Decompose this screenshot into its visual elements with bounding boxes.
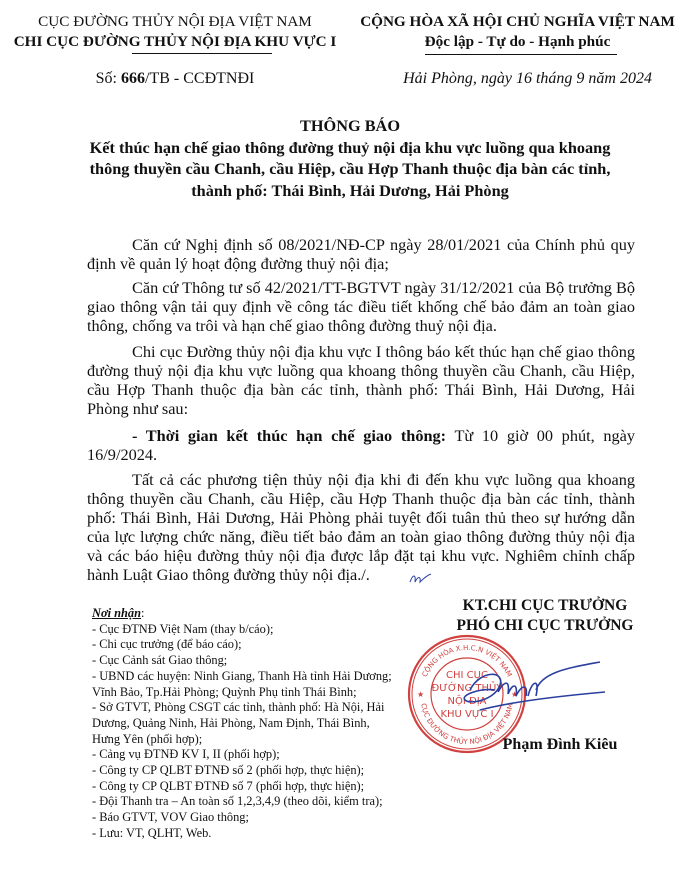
recipients-list: Nơi nhận: - Cục ĐTNĐ Việt Nam (thay b/cá… xyxy=(92,606,392,842)
recipients-heading: Nơi nhận xyxy=(92,606,141,620)
recipient-item: - Công ty CP QLBT ĐTNĐ số 2 (phối hợp, t… xyxy=(92,763,392,779)
recipient-item: - UBND các huyện: Ninh Giang, Thanh Hà t… xyxy=(92,669,392,700)
recipient-item: - Cục Cảnh sát Giao thông; xyxy=(92,653,392,669)
recipient-item: - Đội Thanh tra – An toàn số 1,2,3,4,9 (… xyxy=(92,794,392,810)
end-time-label: - Thời gian kết thúc hạn chế giao thông: xyxy=(132,426,446,445)
doc-number-suffix: /TB - CCĐTNĐI xyxy=(145,70,254,87)
paragraph: Tất cả các phương tiện thủy nội địa khi … xyxy=(87,470,635,584)
doc-number-prefix: Số: xyxy=(96,70,121,87)
recipients-colon: : xyxy=(141,606,144,620)
recipient-item: - Cục ĐTNĐ Việt Nam (thay b/cáo); xyxy=(92,622,392,638)
recipient-item: - Báo GTVT, VOV Giao thông; xyxy=(92,810,392,826)
title-line-3: thành phố: Thái Bình, Hải Dương, Hải Phò… xyxy=(60,180,640,202)
national-motto: Độc lập - Tự do - Hạnh phúc xyxy=(345,32,690,52)
title-line-2: thông thuyền cầu Chanh, cầu Hiệp, cầu Hợ… xyxy=(60,158,640,180)
signer-name: Phạm Đình Kiêu xyxy=(470,736,650,754)
initials-mark xyxy=(408,572,432,586)
announcement-paragraph: Chi cục Đường thủy nội địa khu vực I thô… xyxy=(87,342,635,418)
document-title: THÔNG BÁO Kết thúc hạn chế giao thông đư… xyxy=(60,115,640,201)
signature-block: KT.CHI CỤC TRƯỞNG PHÓ CHI CỤC TRƯỞNG xyxy=(420,596,670,636)
parent-agency: CỤC ĐƯỜNG THỦY NỘI ĐỊA VIỆT NAM xyxy=(0,12,350,32)
paragraph: Căn cứ Nghị định số 08/2021/NĐ-CP ngày 2… xyxy=(87,235,635,273)
recipient-item: - Chi cục trưởng (để báo cáo); xyxy=(92,637,392,653)
doc-number-value: 666 xyxy=(121,70,145,87)
nation-name: CỘNG HÒA XÃ HỘI CHỦ NGHĨA VIỆT NAM xyxy=(345,12,690,32)
national-title-block: CỘNG HÒA XÃ HỘI CHỦ NGHĨA VIỆT NAM Độc l… xyxy=(345,12,690,52)
recipient-item: - Lưu: VT, QLHT, Web. xyxy=(92,826,392,842)
recipient-item: - Cảng vụ ĐTNĐ KV I, II (phối hợp); xyxy=(92,747,392,763)
seal-star-left-icon: ★ xyxy=(417,690,424,699)
recipients-items: - Cục ĐTNĐ Việt Nam (thay b/cáo);- Chi c… xyxy=(92,622,392,842)
sign-on-behalf: KT.CHI CỤC TRƯỞNG xyxy=(420,596,670,616)
paragraph: Chi cục Đường thủy nội địa khu vực I thô… xyxy=(87,342,635,418)
legal-basis-1: Căn cứ Nghị định số 08/2021/NĐ-CP ngày 2… xyxy=(87,235,635,273)
issuing-agency-block: CỤC ĐƯỜNG THỦY NỘI ĐỊA VIỆT NAM CHI CỤC … xyxy=(0,12,350,52)
agency-underline xyxy=(132,53,272,54)
handwritten-signature xyxy=(450,650,610,730)
instruction-paragraph: Tất cả các phương tiện thủy nội địa khi … xyxy=(87,470,635,584)
paragraph: Căn cứ Thông tư số 42/2021/TT-BGTVT ngày… xyxy=(87,278,635,335)
title-line-1: Kết thúc hạn chế giao thông đường thuỷ n… xyxy=(60,137,640,159)
document-number: Số: 666/TB - CCĐTNĐI xyxy=(0,70,350,88)
recipient-item: - Công ty CP QLBT ĐTNĐ số 7 (phối hợp, t… xyxy=(92,779,392,795)
end-time-paragraph: - Thời gian kết thúc hạn chế giao thông:… xyxy=(87,426,635,464)
motto-underline xyxy=(425,54,617,55)
issuing-agency: CHI CỤC ĐƯỜNG THỦY NỘI ĐỊA KHU VỰC I xyxy=(0,32,350,52)
recipient-item: - Sở GTVT, Phòng CSGT các tỉnh, thành ph… xyxy=(92,700,392,747)
legal-basis-2: Căn cứ Thông tư số 42/2021/TT-BGTVT ngày… xyxy=(87,278,635,335)
place-date: Hải Phòng, ngày 16 tháng 9 năm 2024 xyxy=(360,70,695,88)
document-kind: THÔNG BÁO xyxy=(60,115,640,137)
